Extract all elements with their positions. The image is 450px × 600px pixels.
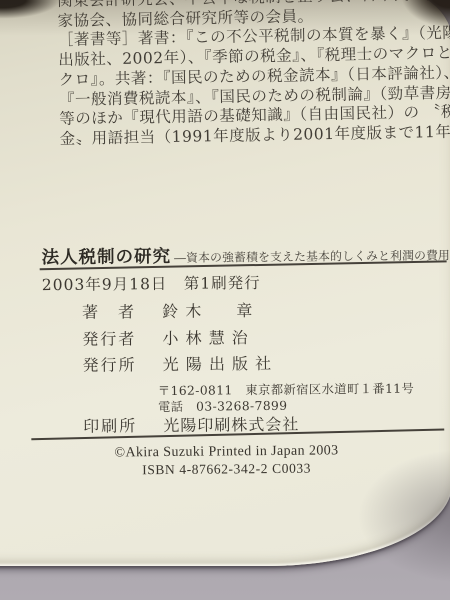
book-colophon-photo: 関東会計研究会、不公平な税制を正す会、日本民主法律 家協会、協同総合研究所等の会… (0, 0, 450, 600)
author-name: 鈴 木 章 (162, 301, 253, 321)
author-row: 著 者 鈴 木 章 (82, 298, 253, 323)
issuer-name: 小 林 慧 治 (162, 328, 248, 348)
issuer-label: 発行者 (82, 326, 157, 350)
publisher-label: 発行所 (83, 352, 158, 376)
isbn-line: ISBN 4-87662-342-2 C0033 (2, 459, 450, 479)
issuer-row: 発行者 小 林 慧 治 (82, 325, 249, 350)
author-label: 著 者 (82, 299, 157, 323)
edition-date-line: 2003年9月18日 第1刷発行 (42, 271, 261, 295)
page-content: 関東会計研究会、不公平な税制を正す会、日本民主法律 家協会、協同総合研究所等の会… (0, 0, 450, 600)
printer-label: 印刷所 (83, 413, 158, 437)
colophon-block: 法人税制の研究 ―資本の強蓄積を支えた基本的しくみと利潤の費用化― 2003年9… (0, 0, 450, 600)
publisher-name: 光 陽 出 版 社 (163, 354, 273, 374)
publisher-row: 発行所 光 陽 出 版 社 (83, 351, 273, 376)
